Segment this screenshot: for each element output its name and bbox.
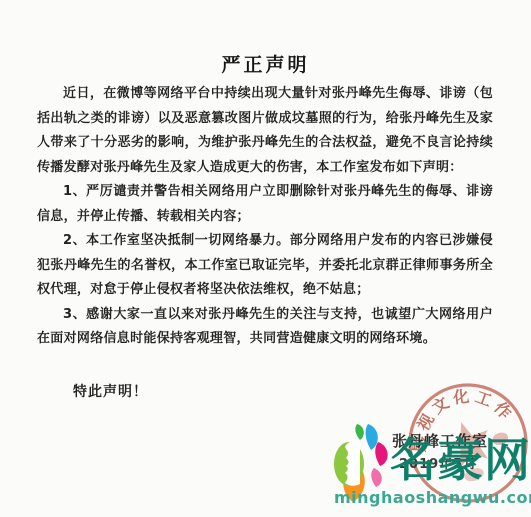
statement-paragraph: 近日，在微博等网络平台中持续出现大量针对张丹峰先生侮辱、诽谤（包括出轨之类的诽谤… xyxy=(37,82,493,180)
document-page: 严正声明 近日，在微博等网络平台中持续出现大量针对张丹峰先生侮辱、诽谤（包括出轨… xyxy=(0,0,531,517)
statement-body: 近日，在微博等网络平台中持续出现大量针对张丹峰先生侮辱、诽谤（包括出轨之类的诽谤… xyxy=(37,82,493,352)
document-title: 严正声明 xyxy=(0,50,531,77)
statement-paragraph: 1、严厉谴责并警告相关网络用户立即删除针对张丹峰先生的侮辱、诽谤信息，并停止传播… xyxy=(37,180,493,229)
statement-paragraph: 2、本工作室坚决抵制一切网络暴力。部分网络用户发布的内容已涉嫌侵犯张丹峰先生的名… xyxy=(37,229,493,303)
closing-statement: 特此声明！ xyxy=(73,381,148,401)
statement-paragraph: 3、感谢大家一直以来对张丹峰先生的关注与支持，也诚望广大网络用户在面对网络信息时… xyxy=(37,303,493,352)
site-watermark: 名豪网 minghaoshangwu.com xyxy=(330,420,531,515)
watermark-site-url: minghaoshangwu.com xyxy=(334,488,531,507)
watermark-site-name: 名豪网 xyxy=(390,436,531,484)
